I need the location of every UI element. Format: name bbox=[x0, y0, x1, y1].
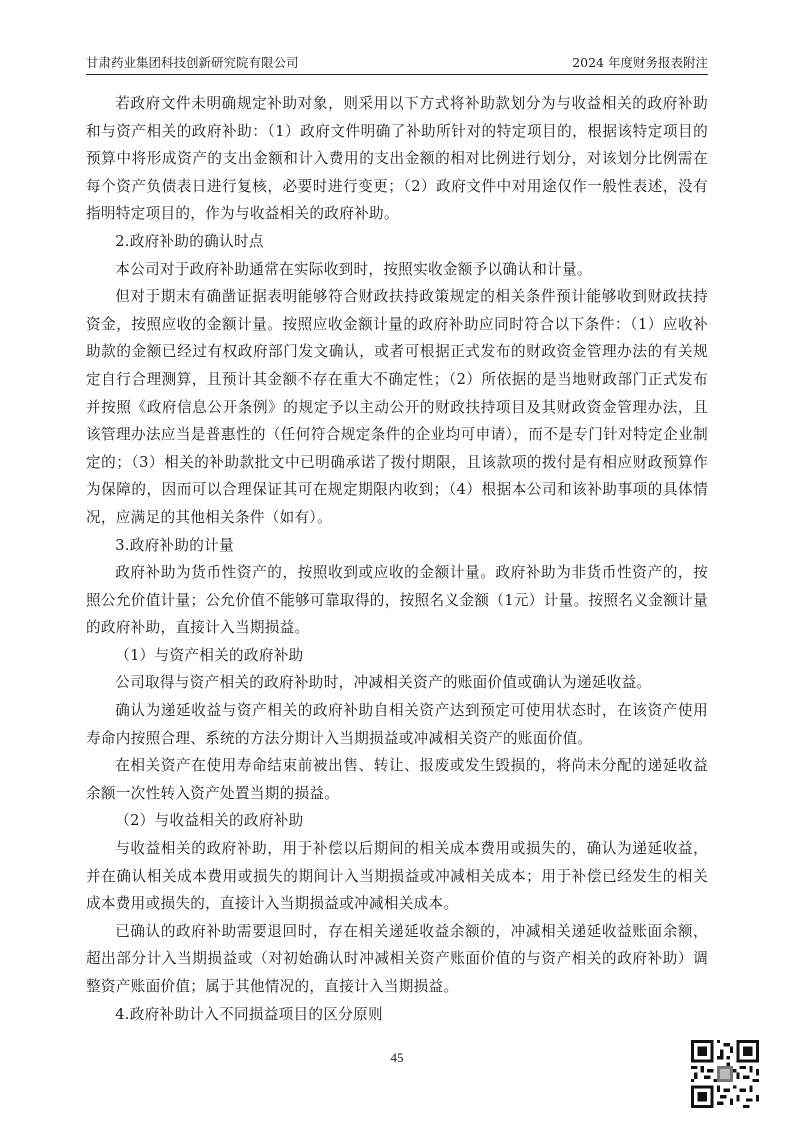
paragraph-measurement: 政府补助为货币性资产的，按照收到或应收的金额计量。政府补助为非货币性资产的，按照… bbox=[86, 559, 708, 642]
header-report-title: 2024 年度财务报表附注 bbox=[572, 54, 708, 72]
paragraph-recognition-actual: 本公司对于政府补助通常在实际收到时，按照实收金额予以确认和计量。 bbox=[86, 256, 708, 284]
paragraph-income-related-1: 与收益相关的政府补助，用于补偿以后期间的相关成本费用或损失的，确认为递延收益，并… bbox=[86, 835, 708, 918]
page-header: 甘肃药业集团科技创新研究院有限公司 2024 年度财务报表附注 bbox=[86, 54, 708, 75]
document-body: 若政府文件未明确规定补助对象，则采用以下方式将补助款划分为与收益相关的政府补助和… bbox=[86, 90, 708, 1028]
paragraph-recognition-receivable: 但对于期末有确凿证据表明能够符合财政扶持政策规定的相关条件预计能够收到财政扶持资… bbox=[86, 283, 708, 531]
paragraph-asset-related-2: 确认为递延收益与资产相关的政府补助自相关资产达到预定可使用状态时，在该资产使用寿… bbox=[86, 697, 708, 752]
page-number: 45 bbox=[0, 1050, 794, 1066]
subheading-asset-related: （1）与资产相关的政府补助 bbox=[86, 642, 708, 670]
section-heading-distinction-principle: 4.政府补助计入不同损益项目的区分原则 bbox=[86, 1001, 708, 1029]
paragraph-income-related-2: 已确认的政府补助需要退回时，存在相关递延收益余额的，冲减相关递延收益账面余额，超… bbox=[86, 918, 708, 1001]
paragraph-asset-related-1: 公司取得与资产相关的政府补助时，冲减相关资产的账面价值或确认为递延收益。 bbox=[86, 669, 708, 697]
qr-code-icon bbox=[690, 1040, 760, 1108]
header-company-name: 甘肃药业集团科技创新研究院有限公司 bbox=[86, 54, 299, 72]
paragraph-asset-related-3: 在相关资产在使用寿命结束前被出售、转让、报废或发生毁损的，将尚未分配的递延收益余… bbox=[86, 752, 708, 807]
section-heading-measurement: 3.政府补助的计量 bbox=[86, 532, 708, 560]
subheading-income-related: （2）与收益相关的政府补助 bbox=[86, 807, 708, 835]
paragraph-subsidy-classification: 若政府文件未明确规定补助对象，则采用以下方式将补助款划分为与收益相关的政府补助和… bbox=[86, 90, 708, 228]
section-heading-recognition-timing: 2.政府补助的确认时点 bbox=[86, 228, 708, 256]
